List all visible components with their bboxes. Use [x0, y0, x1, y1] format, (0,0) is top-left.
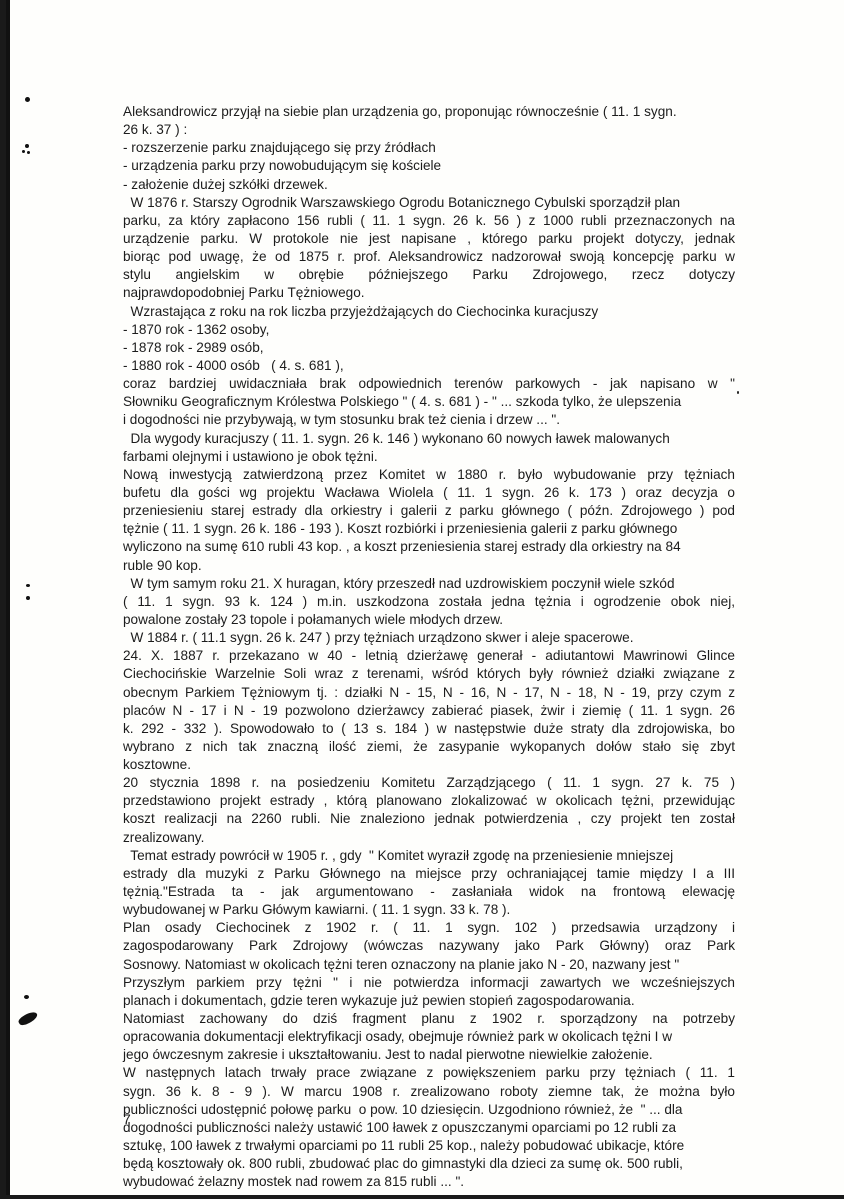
binding-hole-mark [26, 596, 30, 600]
text-line: Wzrastająca z roku na rok liczba przyjeż… [123, 303, 735, 321]
text-line: wybudować żelazny mostek nad rowem za 81… [123, 1173, 735, 1191]
text-line: urządzenie parku. W protokole nie jest n… [123, 230, 735, 248]
text-line: opracowania dokumentacji elektryfikacji … [123, 1028, 735, 1046]
text-line: planach i dokumentach, gdzie teren wykaz… [123, 992, 735, 1010]
text-line: najprawdopodobniej Parku Tężniowego. [123, 284, 735, 302]
text-line: obecnym Parkiem Tężniowym tj. : działki … [123, 684, 735, 702]
staple-mark [22, 150, 25, 153]
ink-smudge-mark [17, 1010, 39, 1028]
text-line: wyliczono na sumę 610 rubli 43 kop. , a … [123, 538, 735, 556]
text-line: zrealizowany. [123, 829, 735, 847]
text-line: ruble 90 kop. [123, 557, 735, 575]
dust-speck [737, 391, 739, 394]
text-line: W następnych latach trwały prace związan… [123, 1064, 735, 1082]
page-number: 7 [123, 1111, 131, 1127]
staple-mark [25, 144, 29, 148]
text-line: publiczności udostępnić połowę parku o p… [123, 1101, 735, 1119]
scanned-page: Aleksandrowicz przyjął na siebie plan ur… [6, 0, 844, 1195]
text-line: przedstawiono projekt estrady , którą pl… [123, 792, 735, 810]
text-line: wybrano z nich tak znaczną ilość ziemi, … [123, 738, 735, 756]
text-line: estrady dla muzyki z Parku Głównego na m… [123, 865, 735, 883]
binding-hole-mark [24, 995, 29, 999]
text-line: 20 stycznia 1898 r. na posiedzeniu Komit… [123, 774, 735, 792]
text-line: stylu angielskim w obrębie późniejszego … [123, 266, 735, 284]
body-text: Aleksandrowicz przyjął na siebie plan ur… [123, 103, 735, 1191]
text-line: biorąc pod uwagę, że od 1875 r. prof. Al… [123, 248, 735, 266]
text-line: i dogodności nie przybywają, w tym stosu… [123, 411, 735, 429]
text-line: będą kosztowały ok. 800 rubli, zbudować … [123, 1155, 735, 1173]
text-line: farbami olejnymi i ustawiono je obok tęż… [123, 448, 735, 466]
text-line: Sosnowy. Natomiast w okolicach tężni ter… [123, 956, 735, 974]
text-line: koszt realizacji na 2260 rubli. Nie znal… [123, 810, 735, 828]
text-line: - 1880 rok - 4000 osób ( 4. s. 681 ), [123, 357, 735, 375]
text-line: tężnią."Estrada ta - jak argumentowano -… [123, 883, 735, 901]
text-line: - urządzenia parku przy nowobudującym si… [123, 157, 735, 175]
text-line: Ciechocińskie Warzelnie Soli wraz z tere… [123, 665, 735, 683]
text-line: Temat estrady powrócił w 1905 r. , gdy "… [123, 847, 735, 865]
text-line: Nową inwestycją zatwierdzoną przez Komit… [123, 466, 735, 484]
text-line: powalone zostały 23 topole i połamanych … [123, 611, 735, 629]
text-line: - założenie dużej szkółki drzewek. [123, 176, 735, 194]
text-line: kosztowne. [123, 756, 735, 774]
text-line: coraz bardziej uwidaczniała brak odpowie… [123, 375, 735, 393]
text-line: Przyszłym parkiem przy tężni " i nie pot… [123, 974, 735, 992]
text-line: ( 11. 1 sygn. 93 k. 124 ) m.in. uszkodzo… [123, 593, 735, 611]
text-line: 24. X. 1887 r. przekazano w 40 - letnią … [123, 647, 735, 665]
binding-hole-mark [25, 97, 30, 102]
text-line: Dla wygody kuracjuszy ( 11. 1. sygn. 26 … [123, 430, 735, 448]
text-line: Aleksandrowicz przyjął na siebie plan ur… [123, 103, 735, 121]
text-line: Natomiast zachowany do dziś fragment pla… [123, 1010, 735, 1028]
text-line: k. 292 - 332 ). Spowodowało to ( 13 s. 1… [123, 720, 735, 738]
text-line: Słowniku Geograficznym Królestwa Polskie… [123, 393, 735, 411]
text-line: przeniesieniu starej estrady dla orkiest… [123, 502, 735, 520]
text-line: wybudowanej w Parku Główym kawiarni. ( 1… [123, 901, 735, 919]
text-line: W tym samym roku 21. X huragan, który pr… [123, 575, 735, 593]
binding-hole-mark [26, 584, 30, 587]
text-line: sztukę, 100 ławek z trwałymi oparciami p… [123, 1137, 735, 1155]
text-line: sygn. 36 k. 8 - 9 ). W marcu 1908 r. zre… [123, 1083, 735, 1101]
text-line: W 1876 r. Starszy Ogrodnik Warszawskiego… [123, 194, 735, 212]
text-line: - 1878 rok - 2989 osób, [123, 339, 735, 357]
text-line: Plan osady Ciechocinek z 1902 r. ( 11. 1… [123, 919, 735, 937]
text-line: - 1870 rok - 1362 osoby, [123, 321, 735, 339]
text-line: - rozszerzenie parku znajdującego się pr… [123, 139, 735, 157]
staple-mark [27, 151, 30, 154]
text-line: placów N - 17 i N - 19 pozwolono dzierża… [123, 702, 735, 720]
text-line: bufetu dla gości wg projektu Wacława Wio… [123, 484, 735, 502]
text-line: dogodności publiczności należy ustawić 1… [123, 1119, 735, 1137]
text-line: tężnie ( 11. 1 sygn. 26 k. 186 - 193 ). … [123, 520, 735, 538]
text-line: 26 k. 37 ) : [123, 121, 735, 139]
text-line: parku, za który zapłacono 156 rubli ( 11… [123, 212, 735, 230]
text-line: zagospodarowany Park Zdrojowy (wówczas n… [123, 937, 735, 955]
text-line: jego ówczesnym zakresie i ukształtowaniu… [123, 1046, 735, 1064]
text-line: W 1884 r. ( 11.1 sygn. 26 k. 247 ) przy … [123, 629, 735, 647]
